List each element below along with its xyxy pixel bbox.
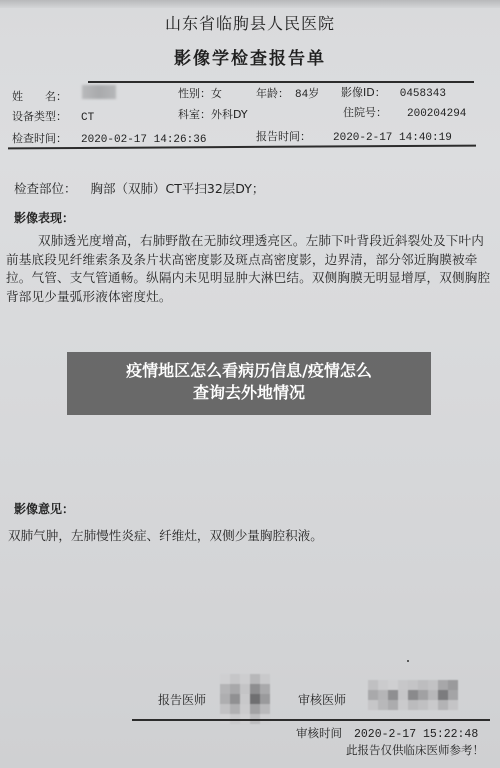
review-time-value: 2020-2-17 15:22:48 [354,728,478,741]
signature-divider [132,719,490,721]
device-type-field: 设备类型：CT [12,108,94,124]
overlay-title-line-1: 疫情地区怎么看病历信息/疫情怎么 [67,360,431,382]
findings-text: 双肺透光度增高，右肺野散在无肺纹理透亮区。左肺下叶背段近斜裂处及下叶内前基底段见… [6,232,492,306]
admission-number-label: 住院号： [343,106,387,119]
gender-label: 性别： [178,87,211,100]
disclaimer: 此报告仅供临床医师参考！ [346,742,484,758]
header-divider-top [88,81,474,83]
overlay-title-banner: 疫情地区怎么看病历信息/疫情怎么 查询去外地情况 [67,352,431,415]
report-time-label: 报告时间： [256,130,311,143]
report-title: 影像学检查报告单 [0,44,500,69]
device-type-label: 设备类型： [12,110,67,123]
review-time: 审核时间2020-2-17 15:22:48 [296,725,478,741]
impression-heading: 影像意见： [14,500,74,517]
report-time-field: 报告时间：2020-2-17 14:40:19 [256,128,452,144]
department-value: 外科DY [211,108,248,121]
image-id-label: 影像ID： [341,86,386,99]
gender-value: 女 [211,87,222,100]
findings-heading: 影像表现： [14,209,74,226]
admission-number-value: 200204294 [407,108,466,120]
department-field: 科室：外科DY [178,106,248,122]
exam-part-value: 胸部（双肺）CT平扫32层DY； [91,181,265,196]
age-label: 年龄： [256,87,289,100]
reviewing-doctor-label: 审核医师 [298,691,346,708]
exam-time-label: 检查时间： [12,132,67,145]
age-value: 84岁 [295,89,319,101]
exam-time-value: 2020-02-17 14:26:36 [81,134,206,146]
impression-text: 双肺气肿，左肺慢性炎症、纤维灶，双侧少量胸腔积液。 [8,525,323,544]
patient-name-label: 姓 名： [12,90,67,103]
admission-number-field: 住院号：200204294 [343,104,466,120]
exam-part: 检查部位：胸部（双肺）CT平扫32层DY； [14,179,264,197]
device-type-value: CT [81,112,94,124]
hospital-name: 山东省临朐县人民医院 [0,11,500,34]
paper-top-edge [0,0,500,8]
reporting-doctor-signature-redacted [220,674,270,724]
age-field: 年龄：84岁 [256,85,319,101]
patient-name-field: 姓 名： [12,88,67,104]
ink-speck [407,660,409,662]
overlay-title-line-2: 查询去外地情况 [67,382,431,404]
report-time-value: 2020-2-17 14:40:19 [333,132,452,144]
department-label: 科室： [178,108,211,121]
image-id-value: 0458343 [400,88,446,100]
exam-part-label: 检查部位： [14,181,77,196]
gender-field: 性别：女 [178,85,222,101]
reviewing-doctor-signature-redacted [368,680,458,710]
exam-time-field: 检查时间：2020-02-17 14:26:36 [12,130,206,146]
review-time-label: 审核时间 [296,726,342,740]
reporting-doctor-label: 报告医师 [158,691,206,708]
image-id-field: 影像ID：0458343 [341,84,446,100]
patient-name-redacted [82,85,116,99]
